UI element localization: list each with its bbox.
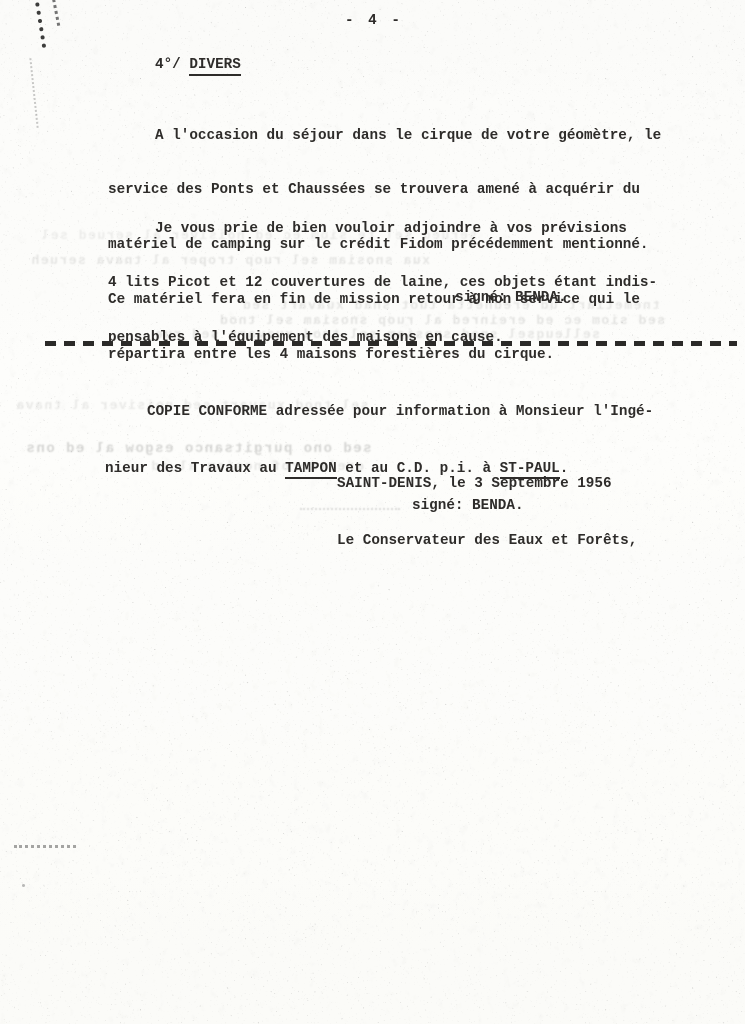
signature-line: signé: BENDA. (455, 289, 567, 307)
place-date-line: SAINT-DENIS, le 3 Septembre 1956 (337, 475, 637, 494)
dashed-separator (45, 341, 737, 346)
copy-note-text: nieur des Travaux au (105, 461, 285, 477)
destination-tampon: TAMPON (285, 461, 336, 479)
binding-mark-icon (34, 0, 46, 48)
binding-mark-icon (29, 58, 38, 128)
text-line: Je vous prie de bien vouloir adjoindre à… (108, 220, 657, 238)
paragraph-lits-couvertures: Je vous prie de bien vouloir adjoindre à… (108, 183, 657, 384)
binding-mark-icon (51, 0, 60, 26)
signatory-title-line: Le Conservateur des Eaux et Forêts, (337, 532, 637, 551)
text-line: A l'occasion du séjour dans le cirque de… (108, 127, 661, 145)
section-title: DIVERS (189, 57, 240, 76)
stray-dotted-mark (14, 845, 76, 848)
text-line: 4 lits Picot et 12 couvertures de laine,… (108, 274, 657, 292)
stray-dot-mark (22, 884, 25, 887)
page-number: - 4 - (345, 12, 403, 30)
section-number: 4°/ (155, 57, 189, 73)
section-heading: 4°/ DIVERS (155, 56, 241, 74)
text-line: COPIE CONFORME adressée pour information… (105, 403, 653, 422)
signature-line-2: signé: BENDA. (412, 497, 524, 515)
scanned-letter-page: - 4 - 4°/ DIVERS serued sel te siom ec e… (0, 0, 745, 1024)
faint-dotted-leader (300, 508, 400, 510)
